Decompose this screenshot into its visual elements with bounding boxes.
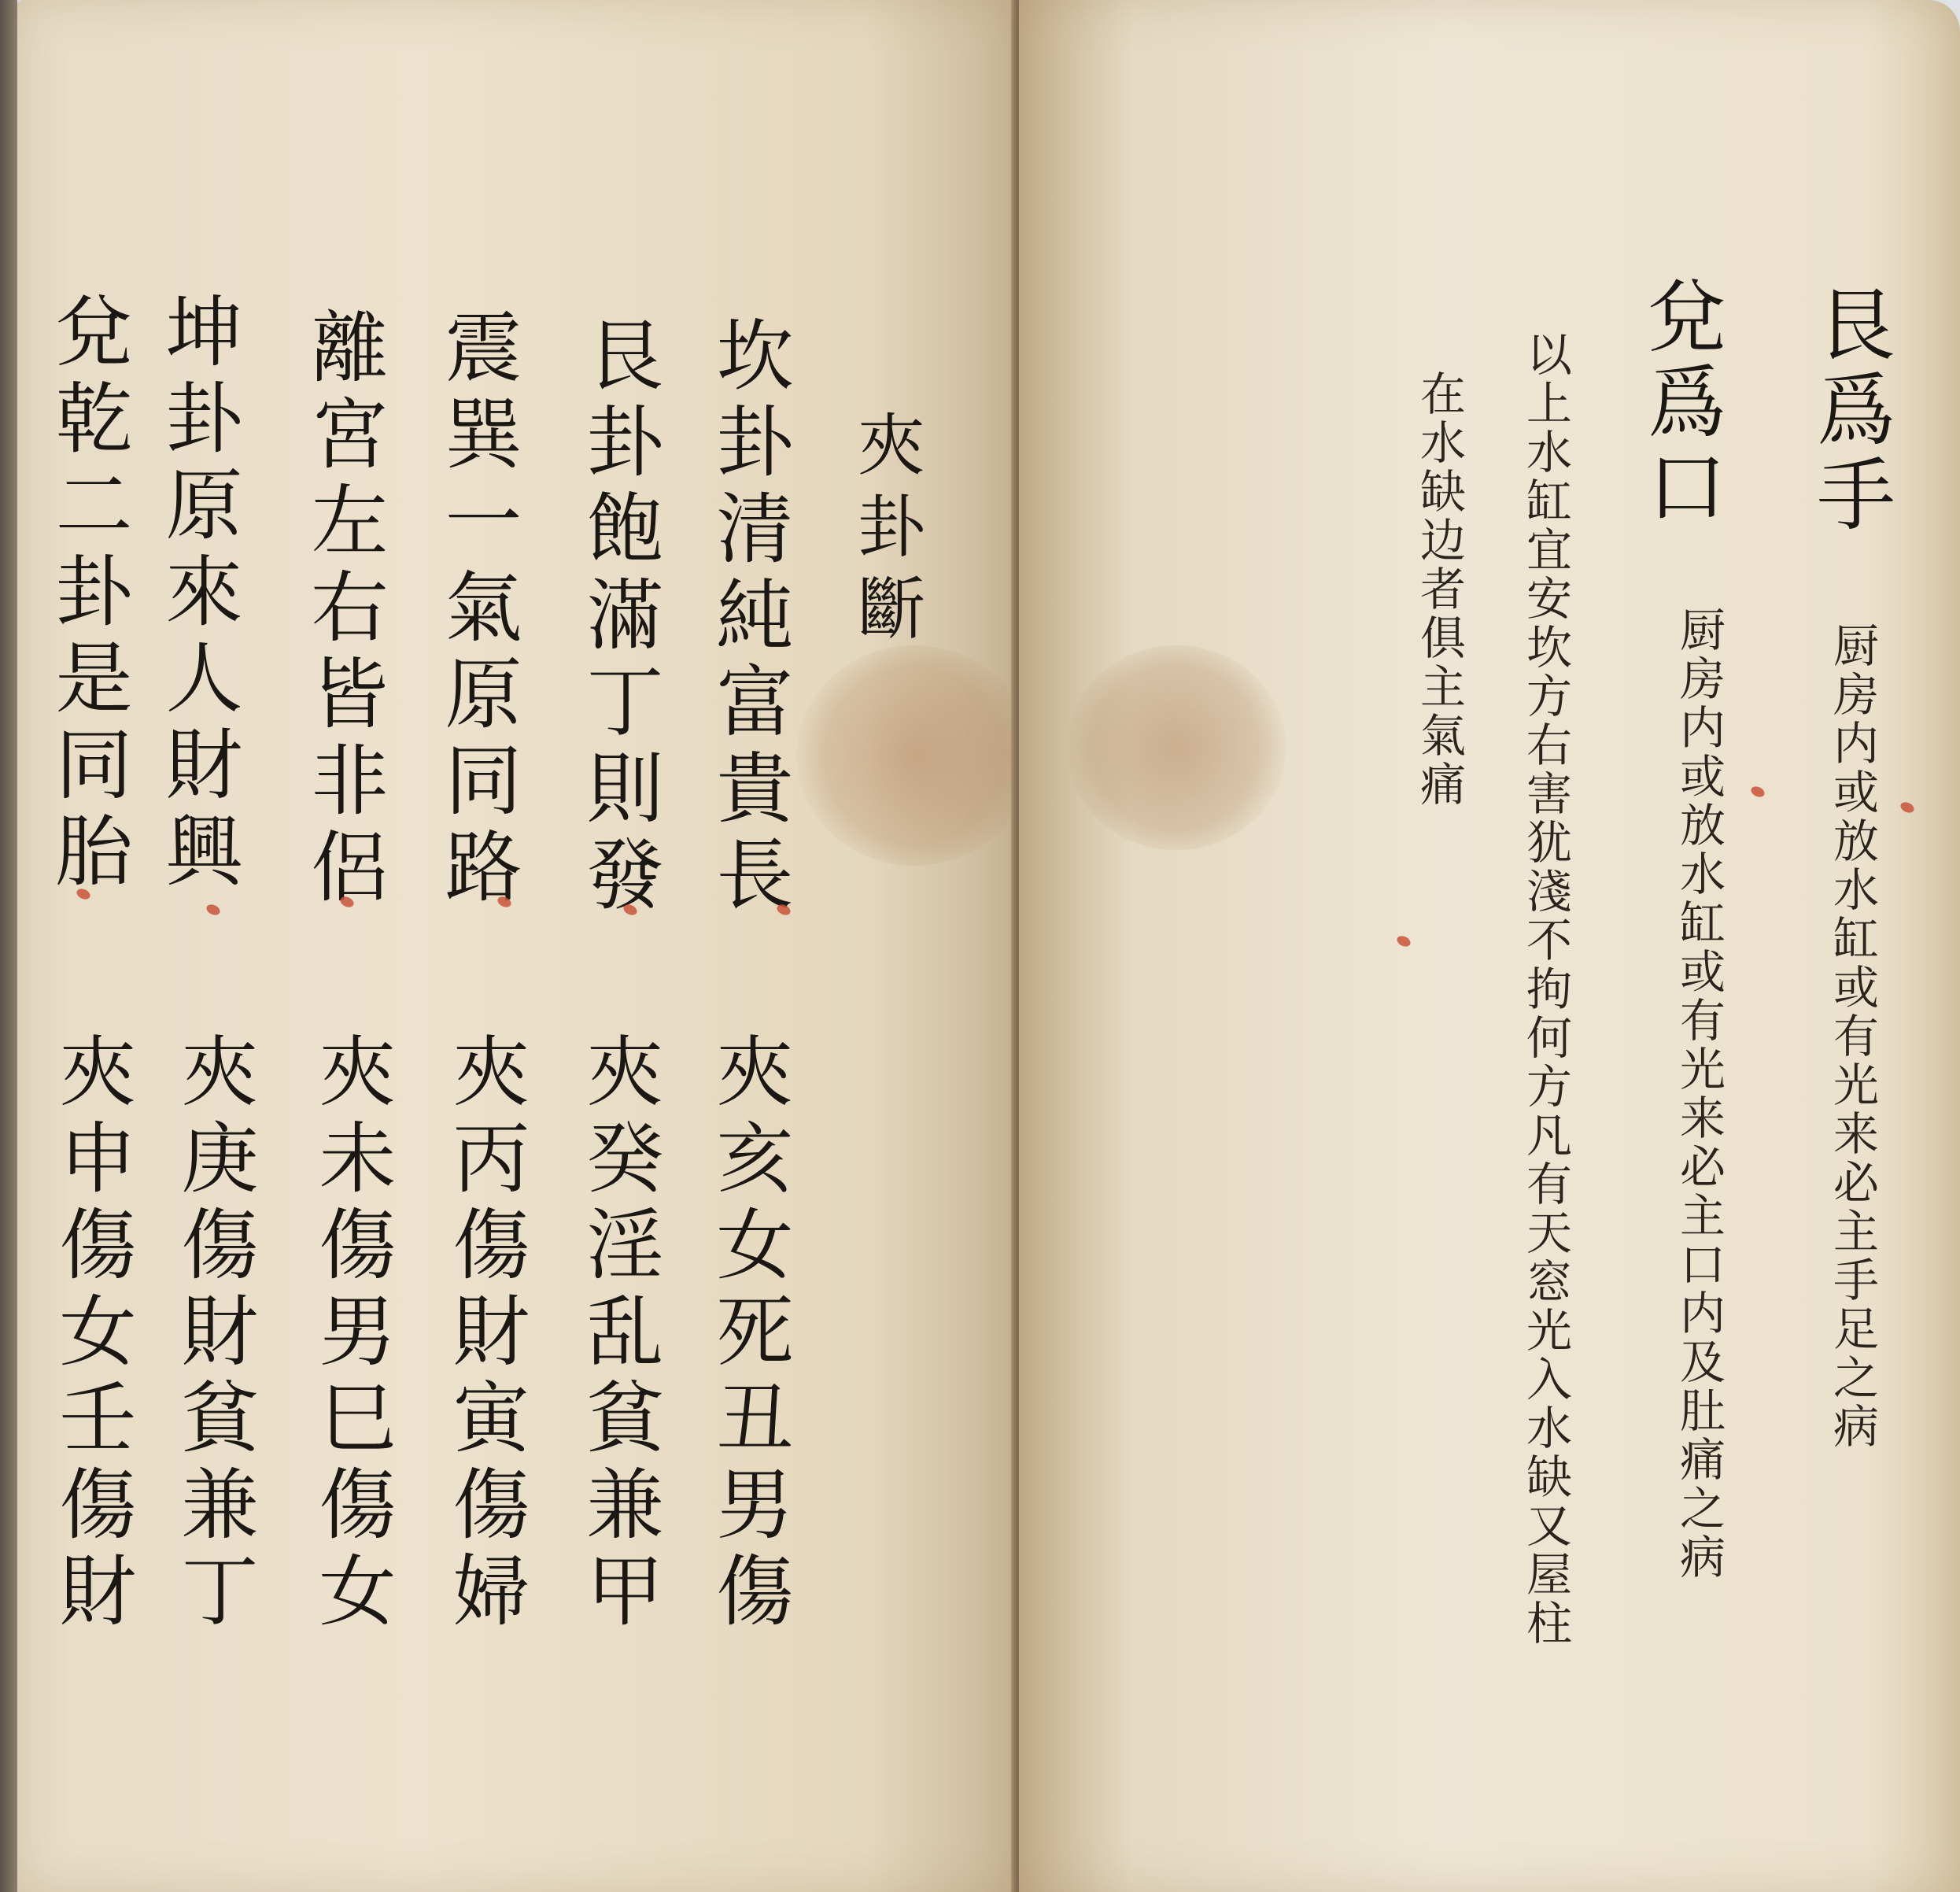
verse-line: 兌乾二卦是同胎 xyxy=(49,291,126,897)
red-mark xyxy=(1395,934,1412,948)
jia-line: 夾未傷男巳傷女 xyxy=(312,1031,389,1637)
jia-line: 夾丙傷財寅傷婦 xyxy=(446,1031,523,1637)
left-page: 夾卦斷 坎卦清純富貴長 艮卦飽滿丁則發 震巽一氣原同路 離宮左右皆非侶 坤卦原來… xyxy=(17,0,1017,1892)
jia-line: 夾亥女死丑男傷 xyxy=(710,1031,787,1637)
verse-line: 艮卦飽滿丁則發 xyxy=(580,315,657,921)
note-line: 在水缺边者俱主氣痛 xyxy=(1416,370,1462,809)
jia-line: 夾庚傷財貧兼丁 xyxy=(175,1031,252,1637)
verse-line: 離宮左右皆非侶 xyxy=(305,307,382,913)
section-title: 夾卦斷 xyxy=(851,409,919,655)
entry-heading: 兌爲口 xyxy=(1641,275,1719,530)
verse-line: 坤卦原來人財興 xyxy=(159,291,236,897)
jia-line: 夾癸淫乱貧兼甲 xyxy=(580,1031,657,1637)
jia-line: 夾申傷女壬傷財 xyxy=(53,1031,130,1637)
entry-note: 厨房内或放水缸或有光来必主口内及肚痛之病 xyxy=(1676,606,1722,1582)
right-page: 艮爲手 厨房内或放水缸或有光来必主手足之病 兌爲口 厨房内或放水缸或有光来必主口… xyxy=(1019,0,1960,1892)
red-mark xyxy=(1749,785,1766,799)
note-line: 以上水缸宜安坎方右害犹淺不拘何方凡有天窓光入水缺又屋柱 xyxy=(1523,331,1568,1648)
verse-line: 坎卦清純富貴長 xyxy=(710,315,787,921)
red-mark xyxy=(1899,800,1915,815)
red-mark xyxy=(205,903,221,917)
water-stain xyxy=(1066,645,1286,850)
water-stain xyxy=(796,645,1032,866)
book-edge xyxy=(0,0,17,1892)
verse-line: 震巽一氣原同路 xyxy=(438,307,515,913)
entry-note: 厨房内或放水缸或有光来必主手足之病 xyxy=(1829,622,1875,1451)
entry-heading: 艮爲手 xyxy=(1810,283,1888,538)
